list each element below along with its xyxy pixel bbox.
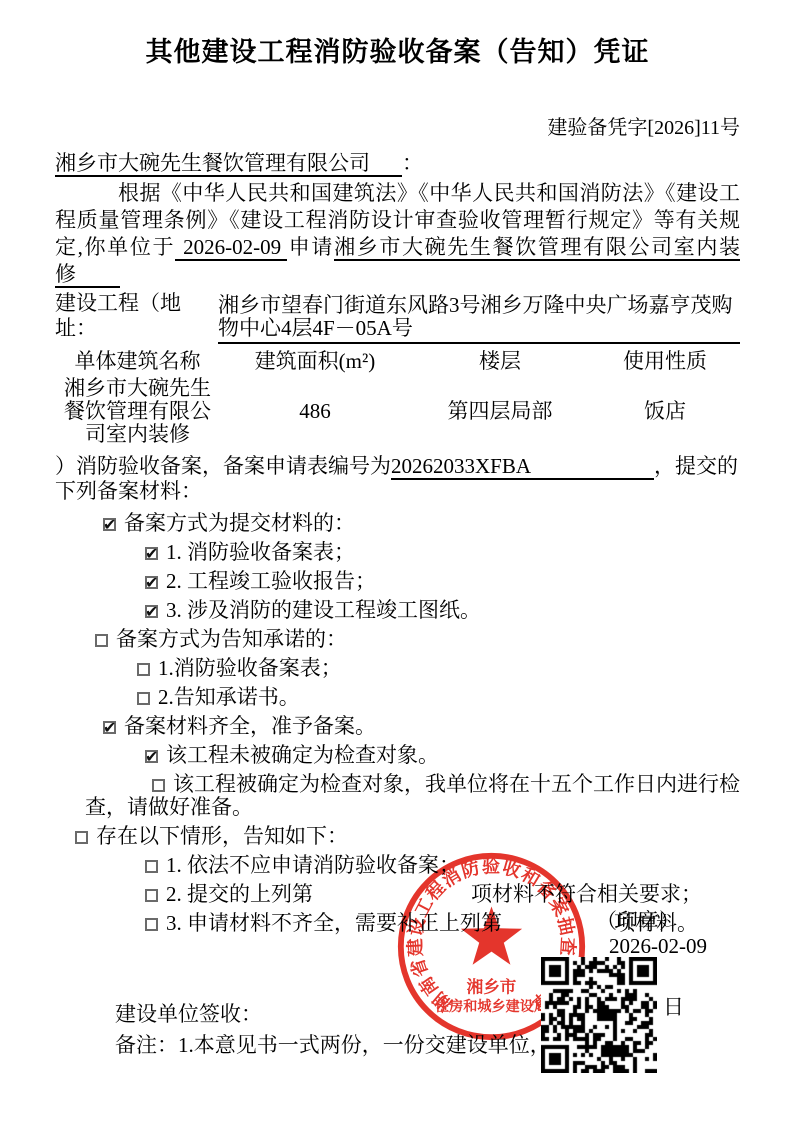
filing-line2: 下列备案材料： <box>55 479 740 504</box>
checklist-item-approved: 备案材料齐全，准予备案。 <box>103 715 740 738</box>
addressee-colon: ： <box>402 151 423 175</box>
addressee-name: 湘乡市大碗先生餐饮管理有限公司 <box>55 151 402 177</box>
cell-building-name: 湘乡市大碗先生餐饮管理有限公司室内装修 <box>55 375 220 448</box>
checklist-item: 2.告知承诺书。 <box>137 686 740 709</box>
seal-note: （印章） <box>596 905 680 935</box>
checklist-item: 该工程被确定为检查对象，我单位将在十五个工作日内进行检查，请做好准备。 <box>55 773 740 819</box>
project-address-value: 湘乡市望春门街道东风路3号湘乡万隆中央广场嘉亨茂购物中心4层4F－05A号 <box>218 294 740 344</box>
checklist-label: 该工程被确定为检查对象，我单位将在十五个工作日内进行检查，请做好准备。 <box>85 772 740 819</box>
cell-usage: 饭店 <box>590 375 740 448</box>
stamp-star-icon <box>461 907 522 965</box>
checkbox-icon <box>103 721 116 734</box>
checkbox-icon <box>145 576 158 589</box>
checklist-item-submit-mode: 备案方式为提交材料的： <box>103 512 740 535</box>
checklist-label: 2. 提交的上列第 <box>166 882 313 906</box>
stamp-bureau: 住房和城乡建设局 <box>435 998 548 1015</box>
checklist-item: 1. 消防验收备案表； <box>145 541 740 564</box>
checklist-item: 该工程未被确定为检查对象。 <box>145 744 740 767</box>
apply-date: 2026-02-09 <box>175 235 287 261</box>
day-label: 日 <box>663 991 684 1021</box>
cell-floor: 第四层局部 <box>410 375 590 448</box>
project-address-row: 建设工程（地址： 湘乡市望春门街道东风路3号湘乡万隆中央广场嘉亨茂购物中心4层4… <box>55 291 740 344</box>
checkbox-icon <box>75 831 88 844</box>
building-table-header-row: 单体建筑名称 建筑面积(m²) 楼层 使用性质 <box>55 348 740 375</box>
checkbox-icon <box>145 750 158 763</box>
checklist-label: 1.消防验收备案表； <box>158 656 342 680</box>
checklist-label: 该工程未被确定为检查对象。 <box>166 743 439 767</box>
legal-basis-paragraph: 根据《中华人民共和国建筑法》《中华人民共和国消防法》《建设工程质量管理条例》《建… <box>55 180 740 288</box>
seal-date: 2026-02-09 <box>609 934 707 959</box>
certificate-page: 其他建设工程消防验收备案（告知）凭证 建验备凭字[2026]11号 湘乡市大碗先… <box>0 0 793 1122</box>
checkbox-icon <box>137 692 150 705</box>
header-building-name: 单体建筑名称 <box>55 348 220 375</box>
addressee-line: 湘乡市大碗先生餐饮管理有限公司： <box>55 147 740 177</box>
filing-tail: ，提交的 <box>654 454 738 478</box>
checklist-label: 2. 工程竣工验收报告； <box>166 569 376 593</box>
checklist-item-notify: 存在以下情形，告知如下： <box>75 825 740 848</box>
checklist-label: 备案方式为告知承诺的： <box>116 627 347 651</box>
checkbox-icon <box>95 634 108 647</box>
checkbox-icon <box>145 860 158 873</box>
checkbox-icon <box>145 547 158 560</box>
checkbox-icon <box>103 518 116 531</box>
stamp-city: 湘乡市 <box>467 976 517 996</box>
checklist-label: 备案方式为提交材料的： <box>124 511 355 535</box>
doc-number: 建验备凭字[2026]11号 <box>55 111 740 140</box>
checklist-item: 1.消防验收备案表； <box>137 657 740 680</box>
filing-line: ）消防验收备案，备案申请表编号为20262033XFBA，提交的 <box>55 454 740 479</box>
checklist-item: 2. 工程竣工验收报告； <box>145 570 740 593</box>
checklist-label: 存在以下情形，告知如下： <box>96 824 348 848</box>
filing-lead: ）消防验收备案，备案申请表编号为 <box>55 454 391 478</box>
project-address-label: 建设工程（地址： <box>55 291 218 344</box>
checkbox-icon <box>145 918 158 931</box>
filing-number: 20262033XFBA <box>391 454 654 480</box>
header-usage: 使用性质 <box>590 348 740 375</box>
checklist-item-promise-mode: 备案方式为告知承诺的： <box>95 628 740 651</box>
header-floor: 楼层 <box>410 348 590 375</box>
checkbox-icon <box>137 663 150 676</box>
building-table-row: 湘乡市大碗先生餐饮管理有限公司室内装修 486 第四层局部 饭店 <box>55 375 740 448</box>
sign-receipt-label: 建设单位签收： <box>115 998 262 1028</box>
qr-code <box>541 957 657 1073</box>
apply-verb: 申请 <box>287 235 334 259</box>
checklist-label: 2.告知承诺书。 <box>158 685 300 709</box>
checkbox-icon <box>145 889 158 902</box>
checklist-label: 1. 消防验收备案表； <box>166 540 355 564</box>
checkbox-icon <box>152 779 165 792</box>
checklist-label: 备案材料齐全，准予备案。 <box>124 714 376 738</box>
building-table: 单体建筑名称 建筑面积(m²) 楼层 使用性质 湘乡市大碗先生餐饮管理有限公司室… <box>55 348 740 448</box>
checklist-label: 3. 涉及消防的建设工程竣工图纸。 <box>166 598 481 622</box>
header-building-area: 建筑面积(m²) <box>220 348 410 375</box>
cell-building-area: 486 <box>220 375 410 448</box>
page-title: 其他建设工程消防验收备案（告知）凭证 <box>55 30 740 69</box>
checkbox-icon <box>145 605 158 618</box>
checklist-item: 3. 涉及消防的建设工程竣工图纸。 <box>145 599 740 622</box>
